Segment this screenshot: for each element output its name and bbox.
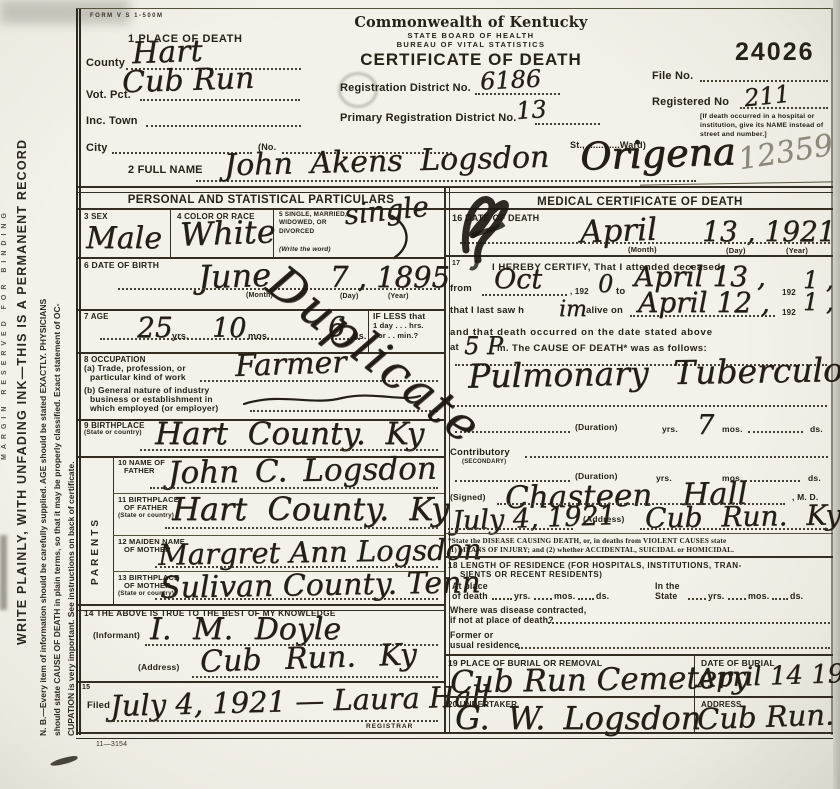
dod-month-sublabel: (Month) xyxy=(628,246,657,255)
margin-nb-note-line2: should state CAUSE OF DEATH in plain ter… xyxy=(52,108,62,736)
parents-strip-divider xyxy=(113,456,114,604)
burial-date-value: April 14 1921 xyxy=(697,660,840,692)
filed-label: Filed xyxy=(87,701,110,712)
in-the-label1: In the xyxy=(655,581,680,591)
informant-address-fill-line xyxy=(192,676,438,678)
signed-address-fill-line xyxy=(640,528,828,530)
informant-label: (Informant) xyxy=(93,631,140,641)
age-months-unit: mos. xyxy=(248,331,270,341)
res-left-years-unit: yrs. xyxy=(514,591,530,601)
duration-months-value: 7 xyxy=(697,412,714,439)
contributory-sublabel: (SECONDARY) xyxy=(462,459,506,466)
at-place-label1: At place xyxy=(452,581,488,591)
undertaker-address-value: Cub Run. Ky xyxy=(697,699,840,734)
res-right-years-unit: yrs. xyxy=(708,591,724,601)
age-label: 7 AGE xyxy=(84,312,109,321)
last-year-value: 1 , xyxy=(803,290,834,314)
margin-nb-note-line3: CUPATION is very important. See instruct… xyxy=(66,108,76,736)
rule-below-footnote xyxy=(446,556,833,558)
age-months-value: 10 xyxy=(212,315,246,342)
birthplace-sublabel: (State or country) xyxy=(84,429,142,436)
father-birthplace-value: Hart County. Ky xyxy=(172,493,449,525)
last-saw-text1: that I last saw h xyxy=(450,306,524,317)
rule-above-footnote xyxy=(446,533,833,534)
res-right-dots3 xyxy=(772,598,788,600)
rule-residence-bottom xyxy=(446,654,833,656)
commonwealth-title: Commonwealth of Kentucky xyxy=(340,15,602,32)
city-label: City xyxy=(86,142,108,155)
contributory-fill-line xyxy=(525,456,828,458)
filed-item-number: 15 xyxy=(82,684,90,692)
res-left-dots2 xyxy=(534,598,552,600)
footnote-line1: *State the DISEASE CAUSING DEATH, or, in… xyxy=(448,537,726,545)
sex-race-divider xyxy=(170,208,171,257)
from-fill-line xyxy=(482,294,567,296)
serial-number: 24026 xyxy=(735,38,815,67)
age-years-value: 25 xyxy=(137,314,173,342)
where-contracted-fill-line xyxy=(548,622,830,624)
father-birthplace-sublabel: (State or country) xyxy=(118,512,174,519)
from-value: Oct xyxy=(494,266,542,293)
signed-date-fill-line xyxy=(448,528,573,530)
res-right-dots2 xyxy=(728,598,746,600)
stamp-overlay-name: Origena xyxy=(579,132,736,175)
registered-no-label: Registered No xyxy=(652,96,729,109)
occupation-a-line2: particular kind of work xyxy=(90,373,186,383)
inc-town-fill-line xyxy=(146,125,301,127)
parents-vertical-label: PARENTS xyxy=(90,495,101,585)
age-years-unit: yrs. xyxy=(172,331,189,341)
mother-birthplace-fill-line xyxy=(155,598,438,600)
registration-district-fill-line xyxy=(475,93,560,95)
dob-label: 6 DATE OF BIRTH xyxy=(84,261,159,271)
residence-label-line2: SIENTS OR RECENT RESIDENTS) xyxy=(460,570,602,579)
form-left-border xyxy=(76,8,81,735)
duration-days-unit: ds. xyxy=(810,425,823,435)
duration-label: (Duration) xyxy=(575,423,618,433)
certificate-title: CERTIFICATE OF DEATH xyxy=(340,50,602,70)
in-the-label2: State xyxy=(655,591,678,601)
duration2-dots-2 xyxy=(745,480,800,482)
form-code: FORM V S 1-500M xyxy=(90,13,164,20)
undertaker-value: G. W. Logsdon xyxy=(455,702,701,734)
primary-district-value: 13 xyxy=(515,97,547,123)
registration-district-value: 6186 xyxy=(479,66,541,93)
res-right-days-unit: ds. xyxy=(790,591,803,601)
footnote-line2: (1) MEANS OF INJURY; and (2) whether ACC… xyxy=(448,546,734,554)
precinct-fill-line xyxy=(140,99,300,101)
registered-no-fill-line xyxy=(740,107,828,109)
from-year-printed: , 192 xyxy=(570,287,589,296)
county-label: County xyxy=(86,57,125,70)
filed-fill-line xyxy=(106,720,438,722)
marital-sublabel: (Write the word) xyxy=(279,246,331,253)
res-left-dots3 xyxy=(578,598,594,600)
death-certificate-scan: MARGIN RESERVED FOR BINDING WRITE PLAINL… xyxy=(0,0,840,789)
where-contracted-line2: if not at place of death? xyxy=(450,615,554,625)
race-value: White xyxy=(179,215,276,250)
birthplace-value: Hart County. Ky xyxy=(155,419,424,450)
informant-address-value: Cub Run. Ky xyxy=(200,640,418,678)
rule-burial-bottom xyxy=(446,696,833,698)
at-place-label2: of death xyxy=(452,591,488,601)
precinct-value: Cub Run xyxy=(122,64,255,99)
residence-label-line1: 18 LENGTH OF RESIDENCE (FOR HOSPITALS, I… xyxy=(448,561,742,570)
inc-town-label: Inc. Town xyxy=(86,115,138,128)
margin-binding-note: MARGIN RESERVED FOR BINDING xyxy=(1,150,8,460)
res-left-months-unit: mos. xyxy=(554,591,575,601)
last-year-printed: 192 xyxy=(782,308,796,317)
duration-dots-2 xyxy=(748,431,803,433)
res-left-days-unit: ds. xyxy=(596,591,609,601)
bureau-label: BUREAU OF VITAL STATISTICS xyxy=(340,41,602,50)
cause-fill-line-2 xyxy=(450,405,827,407)
footer-form-number: 11—3154 xyxy=(96,741,127,749)
res-right-months-unit: mos. xyxy=(748,591,769,601)
to-label: to xyxy=(616,287,625,298)
to-year-printed: 192 xyxy=(782,288,796,297)
registration-district-label: Registration District No. xyxy=(340,82,471,95)
father-name-fill-line xyxy=(150,487,438,489)
father-name-label2: FATHER xyxy=(124,467,155,476)
primary-district-label: Primary Registration District No. xyxy=(340,112,517,125)
res-right-dots1 xyxy=(688,598,706,600)
sex-value: Male xyxy=(86,224,162,254)
duration-months-unit: mos. xyxy=(722,425,743,435)
former-residence-line1: Former or xyxy=(450,630,493,640)
last-saw-text2: alive on xyxy=(586,306,623,317)
certify-item-number: 17 xyxy=(452,260,460,268)
occupation-b-line3: which employed (or employer) xyxy=(90,404,218,414)
father-name-value: John C. Logsdon xyxy=(168,454,437,490)
last-saw-value: April 12 , xyxy=(638,289,770,317)
last-saw-hw: im xyxy=(559,299,587,321)
sex-label: 3 SEX xyxy=(84,212,108,221)
former-residence-fill-line xyxy=(518,647,830,649)
where-contracted-line1: Where was disease contracted, xyxy=(450,605,586,615)
duration2-days-unit: ds. xyxy=(808,474,821,484)
dob-year-sublabel: (Year) xyxy=(388,293,409,301)
former-residence-line2: usual residence xyxy=(450,640,520,650)
registrar-label: REGISTRAR xyxy=(366,723,413,730)
file-no-label: File No. xyxy=(652,70,693,83)
mother-name-value: Margret Ann Logsdon xyxy=(158,535,482,570)
informant-address-label: (Address) xyxy=(138,663,179,673)
pen-flourish-marital xyxy=(388,214,414,260)
from-year-value: 0 xyxy=(598,272,613,296)
from-label: from xyxy=(450,284,472,295)
at-label: at xyxy=(450,343,459,354)
marital-label: 5 SINGLE, MARRIED, WIDOWED, OR DIVORCED xyxy=(279,211,351,236)
marital-value: single xyxy=(343,193,430,230)
duration-years-unit: yrs. xyxy=(662,425,678,435)
signed-label: (Signed) xyxy=(450,493,486,503)
margin-write-plainly-note: WRITE PLAINLY, WITH UNFADING INK—THIS IS… xyxy=(15,50,29,645)
signed-address-label: (Address) xyxy=(583,515,624,525)
father-birthplace-fill-line xyxy=(165,527,438,529)
full-name-value: John Akens Logsdon xyxy=(224,143,550,182)
primary-district-fill-line xyxy=(535,123,600,125)
form-top-border xyxy=(76,8,833,9)
full-name-label: 2 FULL NAME xyxy=(128,164,203,177)
res-left-dots1 xyxy=(492,598,512,600)
cause-of-death-value: Pulmonary Tuberculosis xyxy=(468,352,840,392)
margin-nb-note-line1: N. B.—Every item of information should b… xyxy=(38,108,48,736)
